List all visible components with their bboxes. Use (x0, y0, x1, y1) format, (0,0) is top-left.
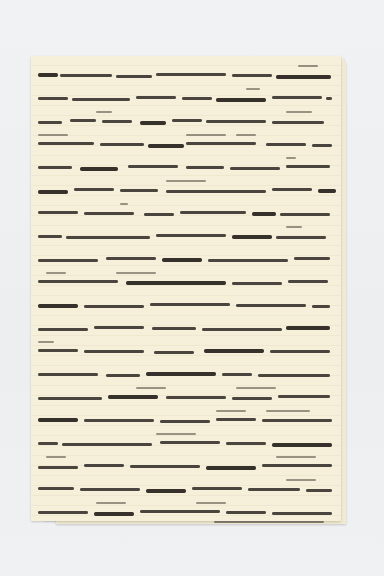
ink-word-stroke (38, 349, 78, 352)
ink-word-stroke (208, 259, 288, 262)
ink-word-stroke (60, 74, 112, 77)
ink-word-stroke (84, 212, 134, 215)
ink-word-stroke (156, 73, 226, 76)
interlinear-insertion (156, 433, 196, 435)
ink-word-stroke (106, 257, 156, 260)
ink-word-stroke (216, 98, 266, 102)
interlinear-insertion (120, 203, 128, 205)
interlinear-insertion (266, 410, 310, 412)
ink-word-stroke (38, 304, 78, 308)
ink-word-stroke (66, 236, 150, 239)
ink-word-stroke (84, 305, 144, 308)
ink-word-stroke (128, 165, 178, 168)
ink-word-stroke (150, 303, 230, 306)
ink-word-stroke (94, 512, 134, 516)
handwritten-line (36, 451, 336, 474)
handwritten-line (36, 221, 336, 244)
handwritten-line (36, 428, 336, 451)
ink-word-stroke (186, 142, 256, 145)
ink-word-stroke (116, 75, 152, 78)
interlinear-insertion (286, 479, 316, 481)
ink-word-stroke (148, 144, 184, 148)
ink-word-stroke (272, 121, 324, 124)
ink-word-stroke (38, 442, 58, 445)
ink-word-stroke (306, 489, 332, 492)
ink-word-stroke (80, 488, 140, 491)
ink-word-stroke (102, 120, 132, 123)
handwritten-line (36, 405, 336, 428)
handwritten-line (36, 336, 336, 359)
ink-word-stroke (38, 418, 78, 422)
ink-word-stroke (232, 282, 282, 285)
ink-word-stroke (230, 167, 280, 170)
ink-word-stroke (318, 189, 336, 193)
ink-word-stroke (326, 97, 332, 100)
interlinear-insertion (216, 410, 246, 412)
ink-word-stroke (62, 443, 152, 446)
ink-word-stroke (272, 96, 322, 99)
ink-word-stroke (286, 165, 330, 168)
interlinear-insertion (298, 65, 318, 67)
ink-word-stroke (206, 120, 266, 123)
ink-word-stroke (94, 326, 144, 329)
interlinear-insertion (236, 387, 276, 389)
ink-word-stroke (232, 235, 272, 239)
ink-word-stroke (166, 190, 266, 193)
ink-word-stroke (38, 121, 62, 124)
ink-word-stroke (266, 143, 306, 146)
ink-word-stroke (160, 420, 210, 423)
ink-word-stroke (294, 257, 330, 260)
ink-word-stroke (272, 443, 332, 447)
ink-word-stroke (130, 465, 200, 468)
ink-word-stroke (152, 327, 196, 330)
interlinear-insertion (196, 502, 226, 504)
ink-word-stroke (186, 166, 224, 169)
ink-word-stroke (312, 144, 332, 147)
interlinear-insertion (236, 134, 256, 136)
interlinear-insertion (186, 134, 226, 136)
closing-flourish (214, 521, 324, 523)
ink-word-stroke (172, 119, 202, 122)
ink-word-stroke (226, 442, 266, 445)
ink-word-stroke (70, 119, 96, 122)
ink-word-stroke (232, 397, 272, 400)
ink-word-stroke (84, 419, 154, 422)
interlinear-insertion (96, 502, 126, 504)
ink-word-stroke (38, 73, 58, 77)
handwritten-line (36, 198, 336, 221)
ink-word-stroke (248, 488, 300, 491)
ink-word-stroke (100, 143, 144, 146)
ink-word-stroke (202, 328, 282, 331)
ink-word-stroke (38, 211, 78, 214)
ink-word-stroke (38, 166, 72, 169)
handwritten-line (36, 290, 336, 313)
interlinear-insertion (38, 134, 68, 136)
ink-word-stroke (232, 74, 272, 77)
interlinear-insertion (246, 88, 260, 90)
ink-word-stroke (72, 98, 130, 101)
ink-word-stroke (38, 235, 62, 238)
ink-word-stroke (182, 97, 212, 100)
ink-word-stroke (236, 304, 306, 307)
ink-word-stroke (144, 213, 174, 216)
ink-word-stroke (136, 96, 176, 99)
ink-word-stroke (288, 280, 328, 283)
handwritten-line (36, 83, 336, 106)
handwritten-text-block (36, 60, 336, 520)
ink-word-stroke (74, 188, 114, 191)
ink-word-stroke (126, 281, 226, 285)
handwritten-line (36, 106, 336, 129)
ink-word-stroke (222, 373, 252, 376)
interlinear-insertion (276, 456, 316, 458)
ink-word-stroke (38, 259, 98, 262)
ink-word-stroke (106, 374, 140, 377)
interlinear-insertion (166, 180, 206, 182)
interlinear-insertion (286, 111, 312, 113)
ink-word-stroke (154, 351, 194, 354)
ink-word-stroke (84, 350, 144, 353)
ink-word-stroke (258, 374, 330, 377)
ink-word-stroke (262, 464, 332, 467)
ink-word-stroke (192, 487, 242, 490)
handwritten-line (36, 359, 336, 382)
ink-word-stroke (38, 511, 88, 514)
ink-word-stroke (278, 395, 330, 398)
ink-word-stroke (80, 167, 118, 171)
ink-word-stroke (286, 326, 330, 330)
ink-word-stroke (166, 396, 226, 399)
ink-word-stroke (312, 305, 330, 308)
ink-word-stroke (120, 189, 158, 192)
interlinear-insertion (46, 272, 66, 274)
handwritten-line (36, 267, 336, 290)
ink-word-stroke (38, 190, 68, 194)
ink-word-stroke (38, 328, 88, 331)
handwritten-line (36, 382, 336, 405)
ink-word-stroke (204, 349, 264, 353)
ink-word-stroke (252, 212, 276, 216)
interlinear-insertion (286, 226, 302, 228)
ink-word-stroke (226, 511, 266, 514)
ink-word-stroke (180, 211, 246, 214)
ink-word-stroke (140, 510, 220, 513)
ink-word-stroke (280, 213, 330, 216)
ink-word-stroke (276, 75, 331, 79)
ink-word-stroke (156, 234, 226, 237)
handwritten-line (36, 313, 336, 336)
ink-word-stroke (38, 397, 102, 400)
ink-word-stroke (38, 142, 94, 145)
handwritten-line (36, 60, 336, 83)
ink-word-stroke (146, 372, 216, 376)
handwritten-line (36, 175, 336, 198)
ink-word-stroke (276, 236, 326, 239)
ink-word-stroke (38, 373, 98, 376)
interlinear-insertion (38, 341, 54, 343)
handwritten-line (36, 474, 336, 497)
ink-word-stroke (38, 280, 118, 283)
interlinear-insertion (286, 157, 296, 159)
interlinear-insertion (136, 387, 166, 389)
ink-word-stroke (270, 350, 330, 353)
interlinear-insertion (96, 111, 112, 113)
handwritten-line (36, 244, 336, 267)
ink-word-stroke (108, 395, 158, 399)
ink-word-stroke (262, 419, 332, 422)
handwritten-line (36, 152, 336, 175)
ink-word-stroke (160, 441, 220, 444)
handwritten-line (36, 497, 336, 520)
ink-word-stroke (272, 512, 332, 515)
ink-word-stroke (206, 466, 256, 470)
interlinear-insertion (116, 272, 156, 274)
ink-word-stroke (272, 188, 312, 191)
ink-word-stroke (38, 466, 78, 469)
ink-word-stroke (38, 97, 68, 100)
ink-word-stroke (84, 464, 124, 467)
ink-word-stroke (216, 418, 256, 421)
ink-word-stroke (140, 121, 166, 125)
ink-word-stroke (38, 487, 74, 490)
ink-word-stroke (146, 489, 186, 493)
handwritten-line (36, 129, 336, 152)
ink-word-stroke (162, 258, 202, 262)
interlinear-insertion (46, 456, 66, 458)
